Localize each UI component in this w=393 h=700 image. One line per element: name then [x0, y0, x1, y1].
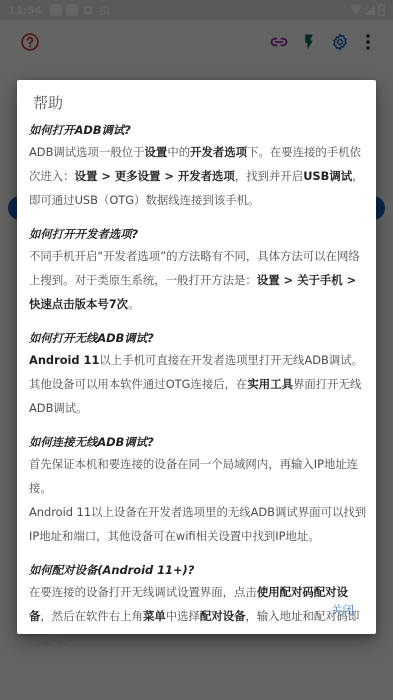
body-text: 首先保证本机和要连接的设备在同一个局域网内，再输入IP地址连接。 [29, 457, 358, 495]
dialog-content: 如何打开ADB调试? ADB调试选项一般位于设置中的开发者选项下。在要连接的手机… [29, 120, 369, 664]
help-section: 如何打开ADB调试? ADB调试选项一般位于设置中的开发者选项下。在要连接的手机… [29, 120, 369, 212]
section-body: Android 11以上手机可直接在开发者选项里打开无线ADB调试。其他设备可以… [29, 348, 369, 420]
close-button[interactable]: 关闭 [327, 596, 358, 624]
emphasis-text: Android 11 [29, 353, 99, 367]
section-heading: 如何打开开发者选项? [29, 224, 369, 244]
section-body: 首先保证本机和要连接的设备在同一个局域网内，再输入IP地址连接。Android … [29, 452, 369, 548]
section-body: 不同手机开启“开发者选项”的方法略有不同，具体方法可以在网络上搜到。对于类原生系… [29, 244, 369, 316]
section-heading: 如何连接无线ADB调试? [29, 432, 369, 452]
section-heading: 如何打开无线ADB调试? [29, 328, 369, 348]
body-text: ，然后在软件右上角 [40, 609, 143, 623]
emphasis-text: USB调试 [303, 169, 352, 183]
help-section: 如何打开开发者选项? 不同手机开启“开发者选项”的方法略有不同，具体方法可以在网… [29, 224, 369, 316]
help-section: 如何打开无线ADB调试? Android 11以上手机可直接在开发者选项里打开无… [29, 328, 369, 420]
body-text: 中选择 [166, 609, 200, 623]
emphasis-text: 菜单 [143, 609, 166, 623]
emphasis-text: 设置 [145, 145, 168, 159]
body-text: ADB调试选项一般位于 [29, 145, 145, 159]
help-dialog: 帮助 如何打开ADB调试? ADB调试选项一般位于设置中的开发者选项下。在要连接… [17, 80, 376, 634]
body-text: 在要连接的设备打开无线调试设置界面，点击 [29, 585, 257, 599]
body-text: 。 [128, 297, 139, 311]
emphasis-text: 开发者选项 [190, 145, 247, 159]
section-heading: 如何打开ADB调试? [29, 120, 369, 140]
emphasis-text: 配对设备 [200, 609, 246, 623]
section-body: 在要连接的设备打开无线调试设置界面，点击使用配对码配对设备，然后在软件右上角菜单… [29, 580, 369, 652]
section-body: ADB调试选项一般位于设置中的开发者选项下。在要连接的手机依次进入：设置 > 更… [29, 140, 369, 212]
dialog-title: 帮助 [33, 92, 63, 113]
section-heading: 如何配对设备(Android 11+)? [29, 560, 369, 580]
emphasis-text: 设置 > 更多设置 > 开发者选项 [75, 169, 235, 183]
help-section: 如何连接无线ADB调试? 首先保证本机和要连接的设备在同一个局域网内，再输入IP… [29, 432, 369, 548]
body-text: Android 11以上设备在开发者选项里的无线ADB调试界面可以找到IP地址和… [29, 505, 366, 543]
body-text: ，找到并开启 [235, 169, 303, 183]
emphasis-text: 实用工具 [247, 377, 293, 391]
help-section: 如何配对设备(Android 11+)? 在要连接的设备打开无线调试设置界面，点… [29, 560, 369, 652]
body-text: 中的 [167, 145, 190, 159]
